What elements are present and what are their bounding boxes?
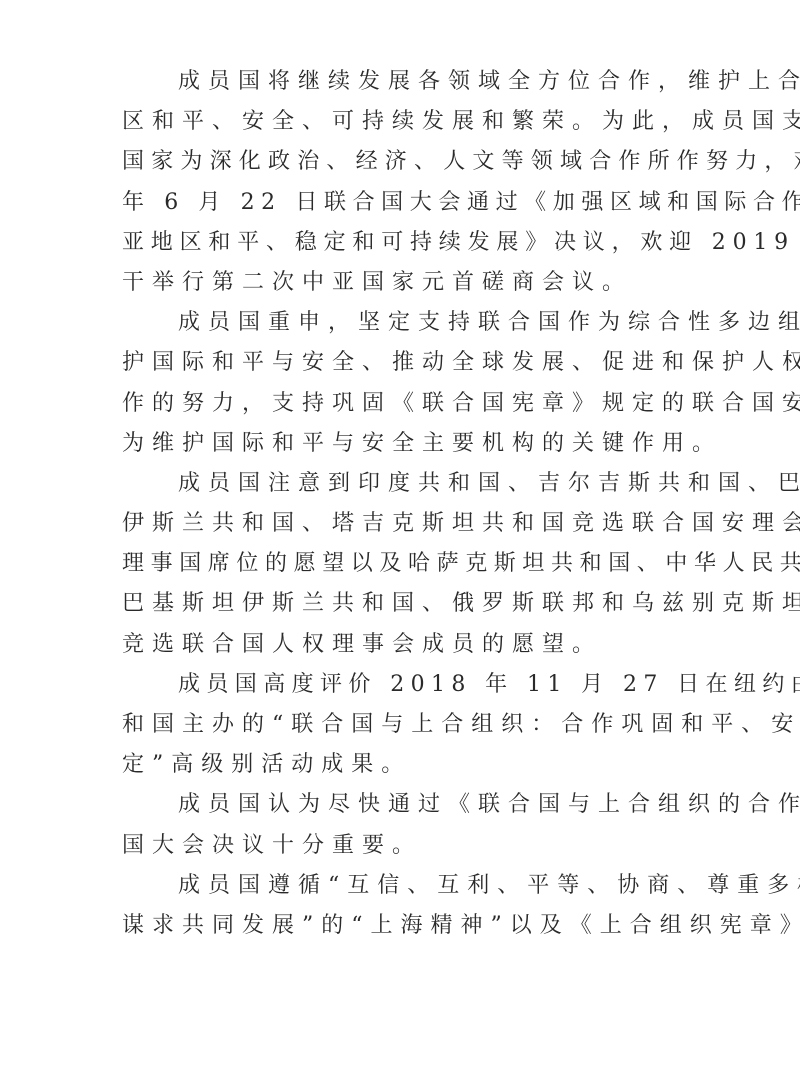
paragraph-security-council: 成员国注意到印度共和国、吉尔吉斯共和国、巴基斯坦 伊斯兰共和国、塔吉克斯坦共和国… [122, 464, 682, 665]
text-line: 成员国认为尽快通过《联合国与上合组织的合作》联合 [122, 785, 682, 825]
text-line: 干举行第二次中亚国家元首磋商会议。 [122, 263, 682, 303]
text-line: 亚地区和平、稳定和可持续发展》决议，欢迎 2019 年在塔什 [122, 223, 682, 263]
text-line: 护国际和平与安全、推动全球发展、促进和保护人权方面所 [122, 343, 682, 383]
text-line: 作的努力，支持巩固《联合国宪章》规定的联合国安理会作 [122, 384, 682, 424]
text-line: 国大会决议十分重要。 [122, 826, 682, 866]
text-line: 成员国重申，坚定支持联合国作为综合性多边组织在维 [122, 303, 682, 343]
text-line: 理事国席位的愿望以及哈萨克斯坦共和国、中华人民共和国、 [122, 544, 682, 584]
paragraph-united-nations: 成员国重申，坚定支持联合国作为综合性多边组织在维 护国际和平与安全、推动全球发展… [122, 303, 682, 464]
text-line: 国家为深化政治、经济、人文等领域合作所作努力，欢迎 2018 [122, 142, 682, 182]
text-line: 谋求共同发展”的“上海精神”以及《上合组织宪章》和《上 [122, 906, 682, 946]
paragraph-ga-resolution: 成员国认为尽快通过《联合国与上合组织的合作》联合 国大会决议十分重要。 [122, 785, 682, 865]
text-line: 伊斯兰共和国、塔吉克斯坦共和国竞选联合国安理会非常任 [122, 504, 682, 544]
text-line: 巴基斯坦伊斯兰共和国、俄罗斯联邦和乌兹别克斯坦共和国 [122, 584, 682, 624]
text-line: 成员国注意到印度共和国、吉尔吉斯共和国、巴基斯坦 [122, 464, 682, 504]
text-line: 成员国遵循“互信、互利、平等、协商、尊重多样文明、 [122, 866, 682, 906]
paragraph-high-level-event: 成员国高度评价 2018 年 11 月 27 日在纽约由吉尔吉斯共 和国主办的“… [122, 665, 682, 786]
document-page: 成员国将继续发展各领域全方位合作，维护上合组织地 区和平、安全、可持续发展和繁荣… [0, 0, 800, 1067]
text-line: 和国主办的“联合国与上合组织：合作巩固和平、安全和稳 [122, 705, 682, 745]
paragraph-shanghai-spirit: 成员国遵循“互信、互利、平等、协商、尊重多样文明、 谋求共同发展”的“上海精神”… [122, 866, 682, 946]
text-line: 竞选联合国人权理事会成员的愿望。 [122, 625, 682, 665]
text-line: 成员国将继续发展各领域全方位合作，维护上合组织地 [122, 62, 682, 102]
text-line: 定”高级别活动成果。 [122, 745, 682, 785]
text-line: 成员国高度评价 2018 年 11 月 27 日在纽约由吉尔吉斯共 [122, 665, 682, 705]
paragraph-central-asia: 成员国将继续发展各领域全方位合作，维护上合组织地 区和平、安全、可持续发展和繁荣… [122, 62, 682, 303]
text-line: 年 6 月 22 日联合国大会通过《加强区域和国际合作，确保中 [122, 183, 682, 223]
text-line: 区和平、安全、可持续发展和繁荣。为此，成员国支持中亚 [122, 102, 682, 142]
text-line: 为维护国际和平与安全主要机构的关键作用。 [122, 424, 682, 464]
document-body: 成员国将继续发展各领域全方位合作，维护上合组织地 区和平、安全、可持续发展和繁荣… [122, 62, 682, 946]
